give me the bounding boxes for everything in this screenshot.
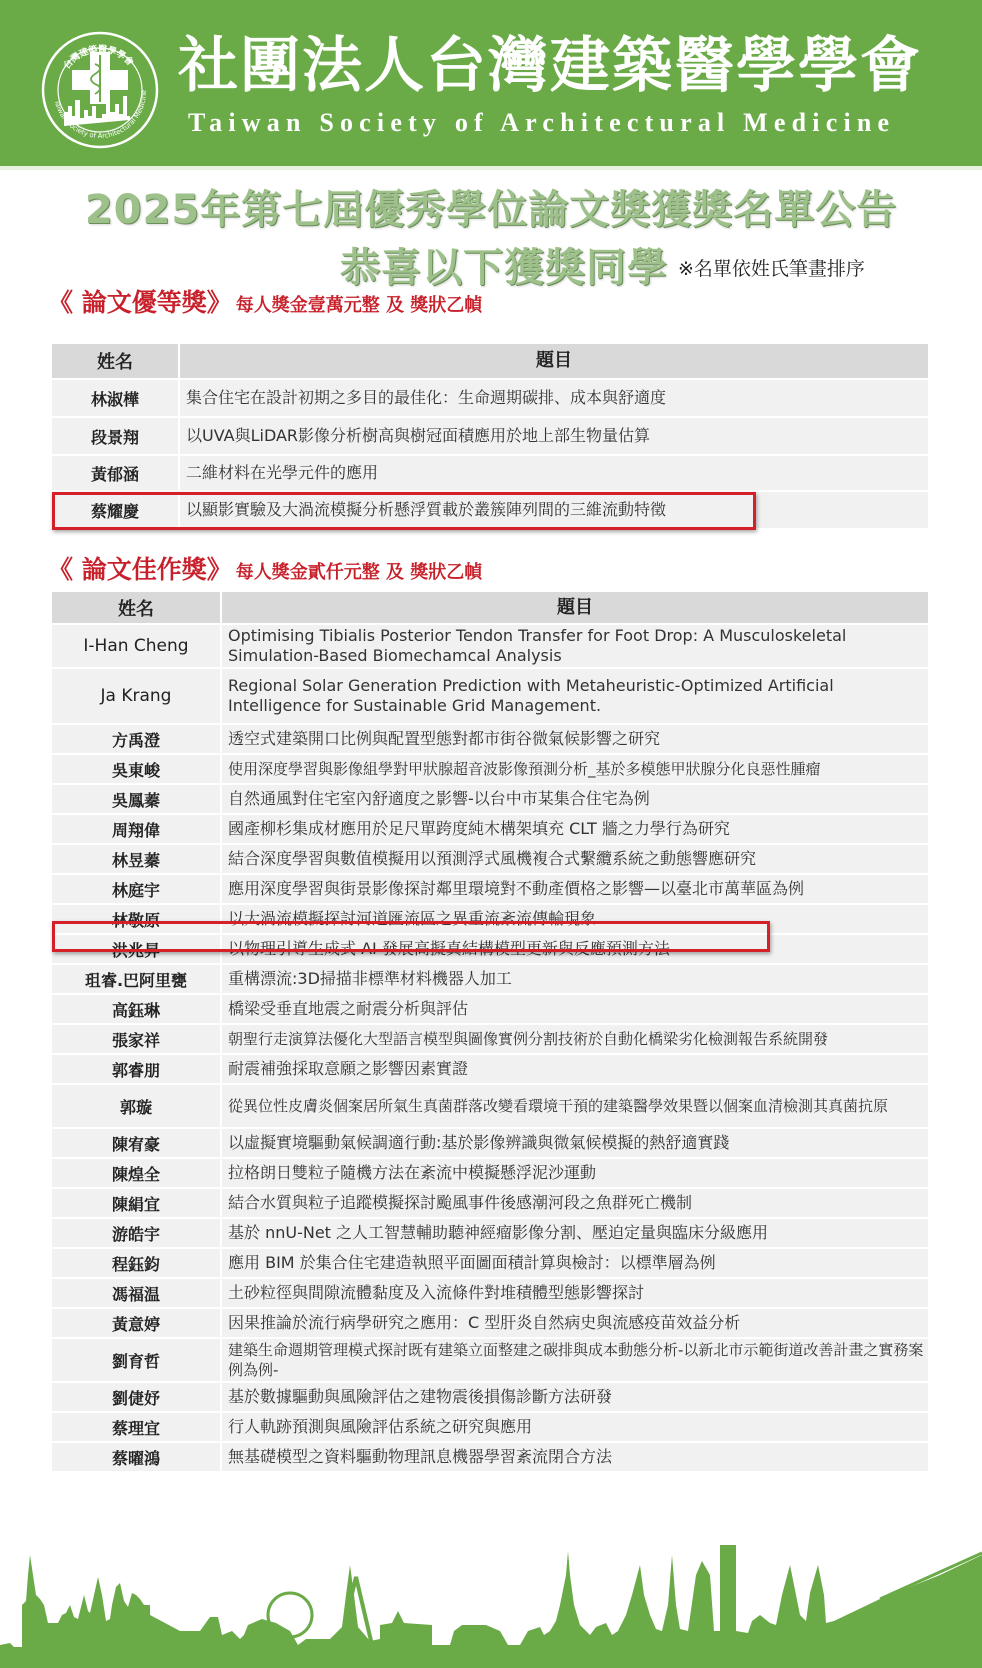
thesis-title: 二維材料在光學元件的應用 xyxy=(180,456,928,490)
thesis-title: 結合深度學習與數值模擬用以預測浮式風機複合式繫纜系統之動態響應研究 xyxy=(222,845,928,873)
award-name: 《 論文優等獎》 xyxy=(48,288,232,317)
table-row: 黃郁涵 二維材料在光學元件的應用 xyxy=(52,456,928,492)
winner-name: 蔡耀慶 xyxy=(52,492,180,528)
table-row: 游皓宇基於 nnU-Net 之人工智慧輔助聽神經瘤影像分割、壓迫定量與臨床分級應… xyxy=(52,1219,928,1249)
thesis-title: 從異位性皮膚炎個案居所氣生真菌群落改變看環境干預的建築醫學效果暨以個案血清檢測其… xyxy=(222,1085,928,1127)
winner-name: 林庭宇 xyxy=(52,875,222,903)
table-row: 劉育哲建築生命週期管理模式探討既有建築立面整建之碳排與成本動態分析-以新北市示範… xyxy=(52,1339,928,1383)
thesis-title: 重構漂流:3D掃描非標準材料機器人加工 xyxy=(222,965,928,993)
award-name: 《 論文佳作獎》 xyxy=(48,555,232,584)
table-header-row: 姓名 題目 xyxy=(52,344,928,380)
org-name-english: Taiwan Society of Architectural Medicine xyxy=(188,106,895,140)
winner-name: 蔡曜鴻 xyxy=(52,1443,222,1471)
thesis-title: 以UVA與LiDAR影像分析樹高與樹冠面積應用於地上部生物量估算 xyxy=(180,418,928,454)
thesis-title: 拉格朗日雙粒子隨機方法在紊流中模擬懸浮泥沙運動 xyxy=(222,1159,928,1187)
table-row: I-Han Cheng Optimising Tibialis Posterio… xyxy=(52,625,928,669)
table-row: 陳煌全拉格朗日雙粒子隨機方法在紊流中模擬懸浮泥沙運動 xyxy=(52,1159,928,1189)
table-row: 郭睿朋耐震補強採取意願之影響因素實證 xyxy=(52,1055,928,1085)
table-row: 方禹澄透空式建築開口比例與配置型態對都市街谷微氣候影響之研究 xyxy=(52,725,928,755)
thesis-title: 以大渦流模擬探討河道匯流區之異重流紊流傳輸現象 xyxy=(222,905,928,933)
winner-name: 段景翔 xyxy=(52,418,180,454)
winner-name: 林敬原 xyxy=(52,905,222,933)
thesis-title: Optimising Tibialis Posterior Tendon Tra… xyxy=(222,625,928,667)
society-logo-icon: 台灣建築醫學學會 Taiwan Society of Architectural… xyxy=(40,30,160,150)
table-row-highlighted: 林敬原以大渦流模擬探討河道匯流區之異重流紊流傳輸現象 xyxy=(52,905,928,935)
table-row: 高鈺琳橋梁受垂直地震之耐震分析與評估 xyxy=(52,995,928,1025)
thesis-title: 使用深度學習與影像組學對甲狀腺超音波影像預測分析_基於多模態甲狀腺分化良惡性腫瘤 xyxy=(222,755,928,783)
table-row: 黃意婷因果推論於流行病學研究之應用：C 型肝炎自然病史與流感疫苗效益分析 xyxy=(52,1309,928,1339)
thesis-title: 集合住宅在設計初期之多目的最佳化：生命週期碳排、成本與舒適度 xyxy=(180,380,928,416)
winner-name: 黃郁涵 xyxy=(52,456,180,490)
winner-name: 蔡理宜 xyxy=(52,1413,222,1441)
winner-name: 周翔偉 xyxy=(52,815,222,843)
thesis-title: 行人軌跡預測與風險評估系統之研究與應用 xyxy=(222,1413,928,1441)
section-heading-excellence-award: 《 論文優等獎》每人獎金壹萬元整 及 獎狀乙幀 xyxy=(48,286,482,323)
thesis-title: 土砂粒徑與間隙流體黏度及入流條件對堆積體型態影響探討 xyxy=(222,1279,928,1307)
table-row: 珇睿.巴阿里甕重構漂流:3D掃描非標準材料機器人加工 xyxy=(52,965,928,995)
winner-name: 高鈺琳 xyxy=(52,995,222,1023)
winner-name: 陳煌全 xyxy=(52,1159,222,1187)
thesis-title: 基於 nnU-Net 之人工智慧輔助聽神經瘤影像分割、壓迫定量與臨床分級應用 xyxy=(222,1219,928,1247)
table-row: 吳鳳蓁自然通風對住宅室內舒適度之影響-以台中市某集合住宅為例 xyxy=(52,785,928,815)
column-header-name: 姓名 xyxy=(52,344,180,378)
table-row: Ja Krang Regional Solar Generation Predi… xyxy=(52,669,928,725)
thesis-title: 橋梁受垂直地震之耐震分析與評估 xyxy=(222,995,928,1023)
winner-name: 郭睿朋 xyxy=(52,1055,222,1083)
thesis-title: 無基礎模型之資料驅動物理訊息機器學習紊流閉合方法 xyxy=(222,1443,928,1471)
table-row: 林庭宇應用深度學習與街景影像探討鄰里環境對不動產價格之影響—以臺北市萬華區為例 xyxy=(52,875,928,905)
table-row: 林昱蓁結合深度學習與數值模擬用以預測浮式風機複合式繫纜系統之動態響應研究 xyxy=(52,845,928,875)
winner-name: 馮福温 xyxy=(52,1279,222,1307)
award-prize: 每人獎金貳仟元整 及 獎狀乙幀 xyxy=(236,562,483,583)
award-prize: 每人獎金壹萬元整 及 獎狀乙幀 xyxy=(236,295,483,316)
winner-name: 陳絹宜 xyxy=(52,1189,222,1217)
column-header-name: 姓名 xyxy=(52,592,222,623)
winner-name: 吳東峻 xyxy=(52,755,222,783)
winner-name: Ja Krang xyxy=(52,669,222,723)
thesis-title: 以物理引導生成式 AI 發展高擬真結構模型更新與反應預測方法 xyxy=(222,935,928,963)
table-row: 洪兆昇以物理引導生成式 AI 發展高擬真結構模型更新與反應預測方法 xyxy=(52,935,928,965)
thesis-title: Regional Solar Generation Prediction wit… xyxy=(222,669,928,723)
winner-name: 劉育哲 xyxy=(52,1339,222,1381)
winner-name: 珇睿.巴阿里甕 xyxy=(52,965,222,993)
winner-name: I-Han Cheng xyxy=(52,625,222,667)
table-row: 陳絹宜結合水質與粒子追蹤模擬探討颱風事件後感潮河段之魚群死亡機制 xyxy=(52,1189,928,1219)
table-row: 張家祥朝聖行走演算法優化大型語言模型與圖像實例分割技術於自動化橋梁劣化檢測報告系… xyxy=(52,1025,928,1055)
table-row: 段景翔 以UVA與LiDAR影像分析樹高與樹冠面積應用於地上部生物量估算 xyxy=(52,418,928,456)
merit-award-table: 姓名 題目 I-Han Cheng Optimising Tibialis Po… xyxy=(52,592,928,1473)
table-row-highlighted: 蔡耀慶 以顯影實驗及大渦流模擬分析懸浮質載於叢簇陣列間的三維流動特徵 xyxy=(52,492,928,530)
thesis-title: 自然通風對住宅室內舒適度之影響-以台中市某集合住宅為例 xyxy=(222,785,928,813)
thesis-title: 朝聖行走演算法優化大型語言模型與圖像實例分割技術於自動化橋梁劣化檢測報告系統開發 xyxy=(222,1025,928,1053)
thesis-title: 應用 BIM 於集合住宅建造執照平面圖面積計算與檢討：以標準層為例 xyxy=(222,1249,928,1277)
excellence-award-table: 姓名 題目 林淑樺 集合住宅在設計初期之多目的最佳化：生命週期碳排、成本與舒適度… xyxy=(52,344,928,530)
thesis-title: 耐震補強採取意願之影響因素實證 xyxy=(222,1055,928,1083)
thesis-title: 建築生命週期管理模式探討既有建築立面整建之碳排與成本動態分析-以新北市示範街道改… xyxy=(222,1339,928,1381)
table-row: 吳東峻使用深度學習與影像組學對甲狀腺超音波影像預測分析_基於多模態甲狀腺分化良惡… xyxy=(52,755,928,785)
winner-name: 洪兆昇 xyxy=(52,935,222,963)
thesis-title: 以顯影實驗及大渦流模擬分析懸浮質載於叢簇陣列間的三維流動特徵 xyxy=(180,492,928,528)
winner-name: 方禹澄 xyxy=(52,725,222,753)
thesis-title: 透空式建築開口比例與配置型態對都市街谷微氣候影響之研究 xyxy=(222,725,928,753)
table-row: 蔡曜鴻無基礎模型之資料驅動物理訊息機器學習紊流閉合方法 xyxy=(52,1443,928,1473)
winner-name: 林昱蓁 xyxy=(52,845,222,873)
table-row: 劉倢妤基於數據驅動與風險評估之建物震後損傷診斷方法研發 xyxy=(52,1383,928,1413)
column-header-title: 題目 xyxy=(180,344,928,378)
section-heading-merit-award: 《 論文佳作獎》每人獎金貳仟元整 及 獎狀乙幀 xyxy=(48,553,482,590)
table-row: 馮福温土砂粒徑與間隙流體黏度及入流條件對堆積體型態影響探討 xyxy=(52,1279,928,1309)
header-divider xyxy=(0,166,982,170)
sort-order-note: ※名單依姓氏筆畫排序 xyxy=(678,256,865,282)
thesis-title: 結合水質與粒子追蹤模擬探討颱風事件後感潮河段之魚群死亡機制 xyxy=(222,1189,928,1217)
table-row: 林淑樺 集合住宅在設計初期之多目的最佳化：生命週期碳排、成本與舒適度 xyxy=(52,380,928,418)
thesis-title: 基於數據驅動與風險評估之建物震後損傷診斷方法研發 xyxy=(222,1383,928,1411)
world-landmarks-skyline-icon xyxy=(0,1535,982,1668)
column-header-title: 題目 xyxy=(222,592,928,623)
thesis-title: 以虛擬實境驅動氣候調適行動:基於影像辨識與微氣候模擬的熱舒適實踐 xyxy=(222,1129,928,1157)
announcement-title: 2025年第七屆優秀學位論文獎獲獎名單公告 xyxy=(0,184,982,236)
thesis-title: 應用深度學習與街景影像探討鄰里環境對不動產價格之影響—以臺北市萬華區為例 xyxy=(222,875,928,903)
winner-name: 游皓宇 xyxy=(52,1219,222,1247)
winner-name: 劉倢妤 xyxy=(52,1383,222,1411)
thesis-title: 因果推論於流行病學研究之應用：C 型肝炎自然病史與流感疫苗效益分析 xyxy=(222,1309,928,1337)
winner-name: 郭璇 xyxy=(52,1085,222,1127)
table-row: 郭璇從異位性皮膚炎個案居所氣生真菌群落改變看環境干預的建築醫學效果暨以個案血清檢… xyxy=(52,1085,928,1129)
winner-name: 黃意婷 xyxy=(52,1309,222,1337)
table-row: 周翔偉國產柳杉集成材應用於足尺單跨度純木構架填充 CLT 牆之力學行為研究 xyxy=(52,815,928,845)
org-name-chinese: 社團法人台灣建築醫學學會 xyxy=(178,30,922,102)
winner-name: 吳鳳蓁 xyxy=(52,785,222,813)
table-row: 陳宥豪以虛擬實境驅動氣候調適行動:基於影像辨識與微氣候模擬的熱舒適實踐 xyxy=(52,1129,928,1159)
thesis-title: 國產柳杉集成材應用於足尺單跨度純木構架填充 CLT 牆之力學行為研究 xyxy=(222,815,928,843)
table-row: 程鈺鈞應用 BIM 於集合住宅建造執照平面圖面積計算與檢討：以標準層為例 xyxy=(52,1249,928,1279)
table-row: 蔡理宜行人軌跡預測與風險評估系統之研究與應用 xyxy=(52,1413,928,1443)
winner-name: 林淑樺 xyxy=(52,380,180,416)
winner-name: 張家祥 xyxy=(52,1025,222,1053)
winner-name: 陳宥豪 xyxy=(52,1129,222,1157)
winner-name: 程鈺鈞 xyxy=(52,1249,222,1277)
table-header-row: 姓名 題目 xyxy=(52,592,928,625)
